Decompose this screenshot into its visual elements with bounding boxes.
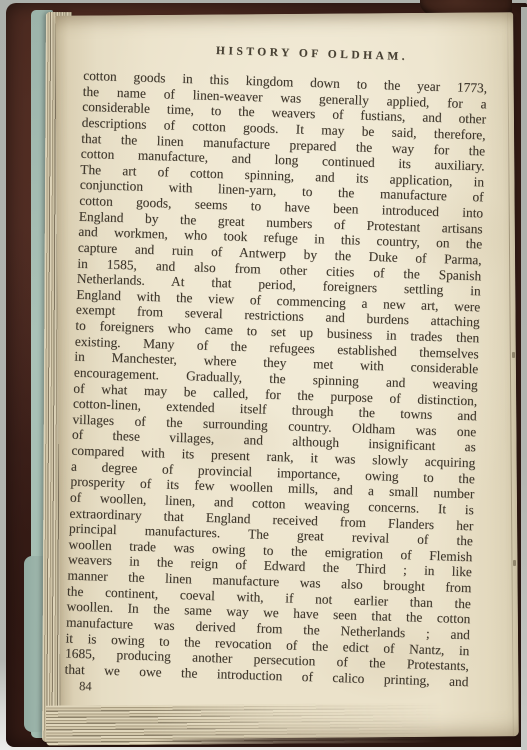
page-edge-tick	[513, 560, 516, 566]
body-text: cotton goods in this kingdom down to the…	[64, 68, 487, 690]
page-edges-bottom	[46, 702, 514, 745]
page-edge-tick	[512, 352, 515, 358]
printed-content: HISTORY OF OLDHAM. cotton goods in this …	[64, 41, 488, 707]
scanned-book-photo: HISTORY OF OLDHAM. cotton goods in this …	[0, 0, 527, 750]
scan-edge-right	[521, 7, 527, 750]
page-fold-line	[507, 12, 514, 736]
